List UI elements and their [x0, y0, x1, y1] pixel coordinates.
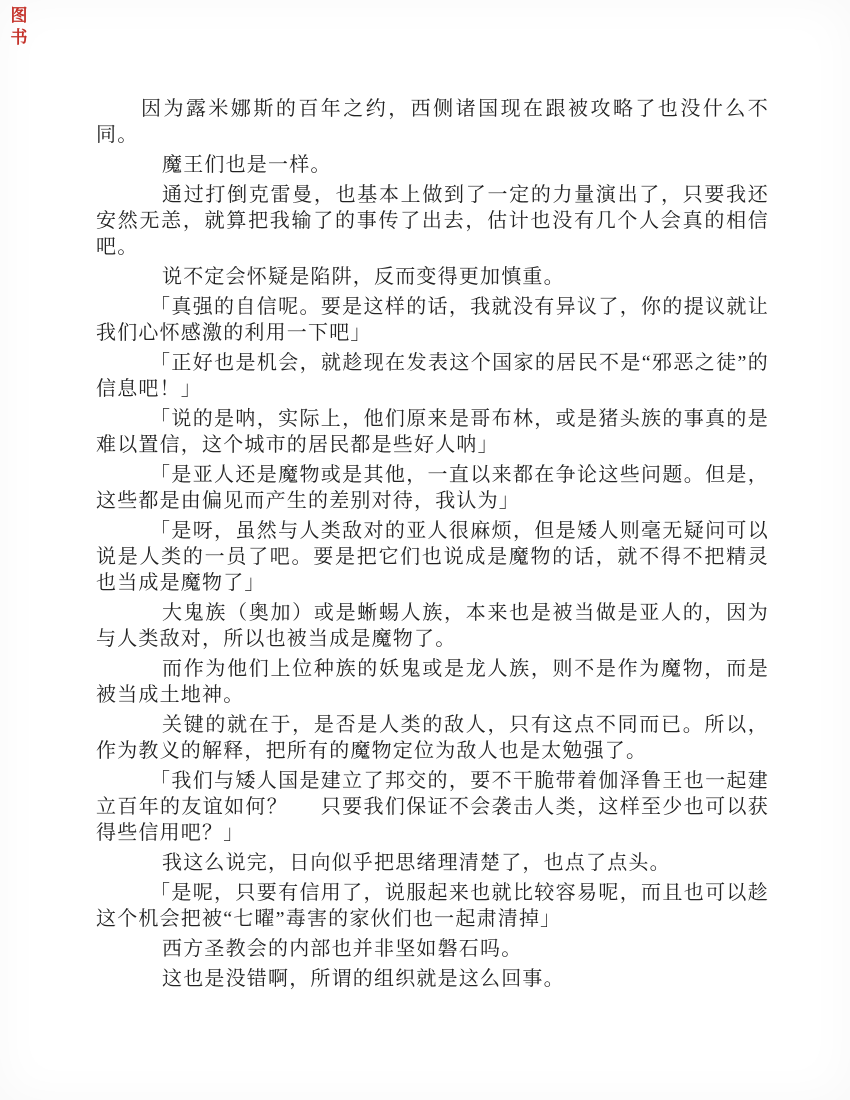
paragraph: 这也是没错啊，所谓的组织就是这么回事。: [96, 966, 769, 992]
novel-page: { "page": { "watermark": { "text": "图书",…: [0, 0, 850, 1100]
reader-text-content: 因为露米娜斯的百年之约，西侧诸国现在跟被攻略了也没什么不同。魔王们也是一样。通过…: [96, 96, 769, 996]
paragraph: 魔王们也是一样。: [96, 152, 769, 178]
paragraph: 「说的是呐，实际上，他们原来是哥布林，或是猪头族的事真的是难以置信，这个城市的居…: [96, 406, 769, 458]
paragraph: 「正好也是机会，就趁现在发表这个国家的居民不是“邪恶之徒”的信息吧！」: [96, 350, 769, 402]
paragraph: 「是亚人还是魔物或是其他，一直以来都在争论这些问题。但是，这些都是由偏见而产生的…: [96, 462, 769, 514]
paragraph: 大鬼族（奥加）或是蜥蜴人族，本来也是被当做是亚人的，因为与人类敌对，所以也被当成…: [96, 600, 769, 652]
paragraph: 「是呢，只要有信用了，说服起来也就比较容易呢，而且也可以趁这个机会把被“七曜”毒…: [96, 880, 769, 932]
paragraph: 因为露米娜斯的百年之约，西侧诸国现在跟被攻略了也没什么不同。: [96, 96, 769, 148]
paragraph: 说不定会怀疑是陷阱，反而变得更加慎重。: [96, 264, 769, 290]
paragraph: 我这么说完，日向似乎把思绪理清楚了，也点了点头。: [96, 850, 769, 876]
paragraph: 「是呀，虽然与人类敌对的亚人很麻烦，但是矮人则毫无疑问可以说是人类的一员了吧。要…: [96, 518, 769, 596]
paragraph: 而作为他们上位种族的妖鬼或是龙人族，则不是作为魔物，而是被当成土地神。: [96, 656, 769, 708]
site-watermark-icon: 图书: [9, 5, 29, 49]
paragraph: 通过打倒克雷曼，也基本上做到了一定的力量演出了，只要我还安然无恙，就算把我输了的…: [96, 182, 769, 260]
paragraph: 「真强的自信呢。要是这样的话，我就没有异议了，你的提议就让我们心怀感激的利用一下…: [96, 294, 769, 346]
paragraph: 西方圣教会的内部也并非坚如磐石吗。: [96, 936, 769, 962]
paragraph: 关键的就在于，是否是人类的敌人，只有这点不同而已。所以，作为教义的解释，把所有的…: [96, 712, 769, 764]
paragraph: 「我们与矮人国是建立了邦交的，要不干脆带着伽泽鲁王也一起建立百年的友谊如何？ 只…: [96, 768, 769, 846]
